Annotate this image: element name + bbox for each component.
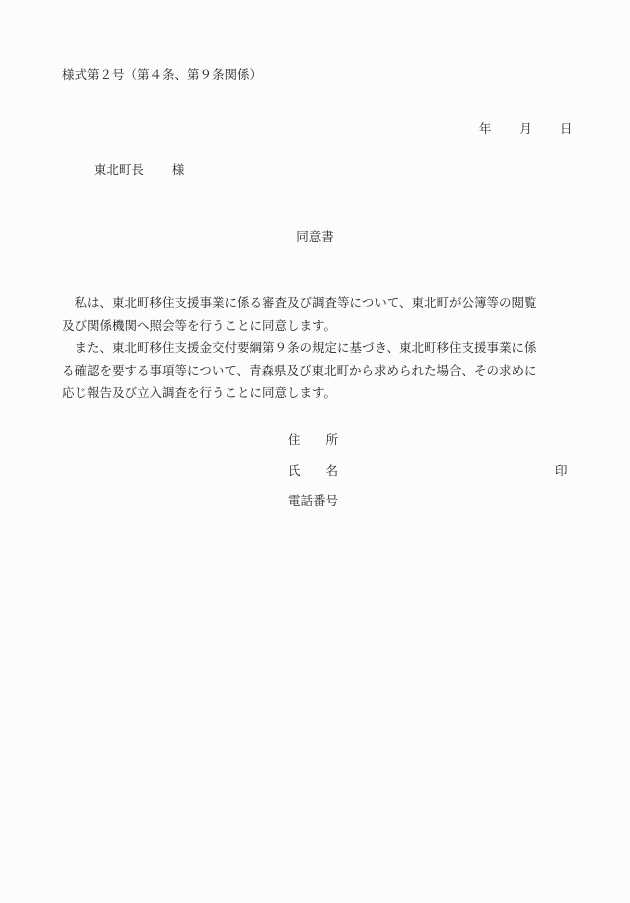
body-line: また、東北町移住支援金交付要綱第９条の規定に基づき、東北町移住支援事業に係 [62, 337, 574, 360]
body-line: 及び関係機関へ照会等を行うことに同意します。 [62, 315, 574, 338]
date-day-label: 日 [560, 123, 573, 136]
body-line: 応じ報告及び立入調査を行うことに同意します。 [62, 382, 574, 405]
date-month-label: 月 [519, 123, 532, 136]
name-label: 氏 名 [288, 465, 338, 478]
date-year-label: 年 [479, 123, 492, 136]
date-line: 年月日 [463, 110, 572, 148]
body-line: る確認を要する事項等について、青森県及び東北町から求められた場合、その求めに [62, 360, 574, 383]
addressee: 東北町長様 [78, 151, 184, 189]
body-line: 私は、東北町移住支援事業に係る審査及び調査等について、東北町が公簿等の閲覧 [62, 292, 574, 315]
document-title: 同意書 [0, 231, 630, 244]
addressee-name: 東北町長 [94, 162, 144, 177]
addressee-honorific: 様 [172, 162, 185, 177]
consent-body: 私は、東北町移住支援事業に係る審査及び調査等について、東北町が公簿等の閲覧 及び… [62, 292, 574, 405]
form-number: 様式第２号（第４条、第９条関係） [62, 69, 262, 82]
seal-label: 印 [555, 465, 568, 478]
address-label: 住 所 [288, 434, 338, 447]
phone-label: 電話番号 [288, 495, 338, 508]
